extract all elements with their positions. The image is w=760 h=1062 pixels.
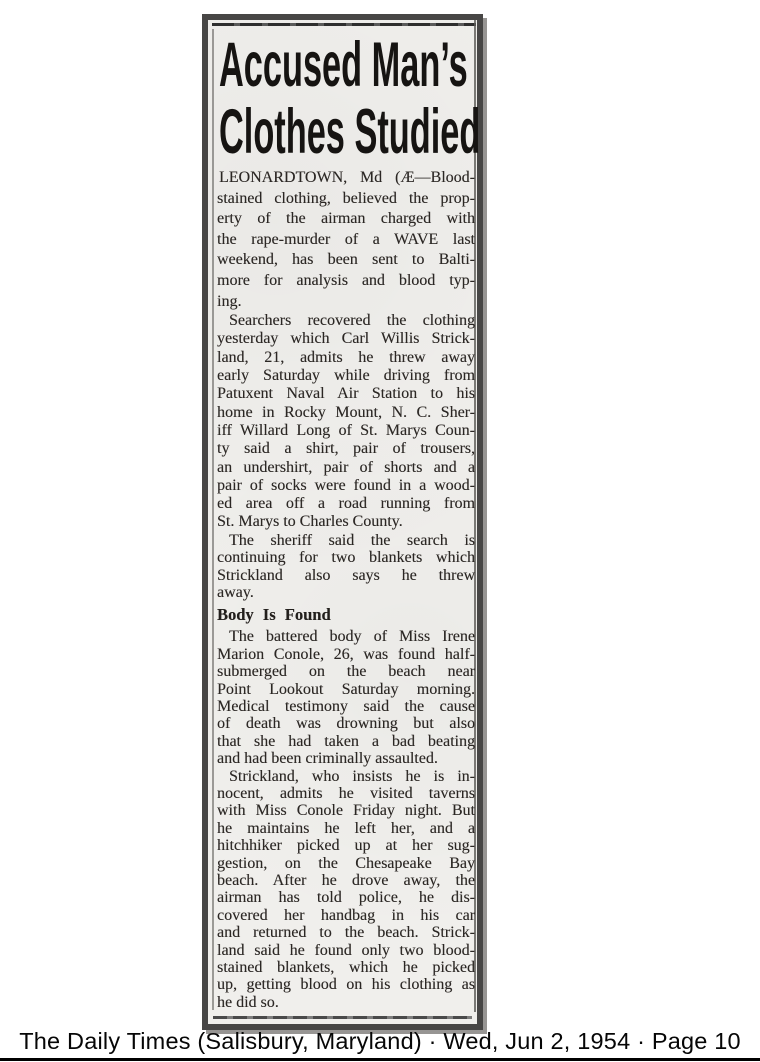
article-line: home in Rocky Mount, N. C. Sher- [217, 404, 475, 422]
article-line: weekend, has been sent to Balti- [217, 250, 475, 271]
article-line: with Miss Conole Friday night. But [217, 802, 475, 819]
article-line: erty of the airman charged with [217, 209, 475, 230]
article-line: land said he found only two blood- [217, 942, 475, 959]
article-line: and had been criminally assaulted. [217, 750, 475, 767]
article-line: up, getting blood on his clothing as [217, 976, 475, 993]
clipping-page: Accused Man’s Clothes Studied LEONARDTOW… [0, 0, 760, 1062]
article-line: more for analysis and blood typ- [217, 271, 475, 292]
citation-link[interactable]: The Daily Times (Salisbury, Maryland) · … [0, 1028, 760, 1055]
article-line: Patuxent Naval Air Station to his [217, 385, 475, 403]
article-line: yesterday which Carl Willis Strick- [217, 330, 475, 348]
article-line: away. [217, 584, 475, 601]
article-line: ing. [217, 292, 475, 313]
article-line: Searchers recovered the clothing [217, 312, 475, 330]
article-line: gestion, on the Chesapeake Bay [217, 855, 475, 872]
article-paragraph: The sheriff said the search iscontinuing… [217, 532, 475, 602]
article-headline: Accused Man’s Clothes Studied [219, 32, 699, 166]
column-top-rule [212, 23, 476, 26]
article-line: hitchhiker picked up at her sug- [217, 837, 475, 854]
article-line: of death was drowning but also [217, 715, 475, 732]
article-body: LEONARDTOWN, Md (Æ—Blood-stained clothin… [217, 168, 475, 1011]
article-line: land, 21, admits he threw away [217, 349, 475, 367]
headline-line-1: Accused Man’s [219, 32, 480, 99]
article-line: St. Marys to Charles County. [217, 513, 475, 531]
article-line: and returned to the beach. Strick- [217, 924, 475, 941]
column-bottom-rule [213, 1016, 472, 1019]
headline-line-2: Clothes Studied [219, 99, 480, 166]
article-subhead: Body Is Found [217, 606, 475, 624]
article-paragraph: The battered body of Miss IreneMarion Co… [217, 628, 475, 767]
column-left-rule [212, 29, 214, 1010]
article-line: continuing for two blankets which [217, 549, 475, 566]
article-line: The battered body of Miss Irene [217, 628, 475, 645]
article-line: pair of socks were found in a wood- [217, 477, 475, 495]
article-line: he did so. [217, 994, 475, 1011]
article-line: stained blankets, which he picked [217, 959, 475, 976]
article-line: early Saturday while driving from [217, 367, 475, 385]
article-line: the rape-murder of a WAVE last [217, 230, 475, 251]
article-line: Strickland also says he threw [217, 567, 475, 584]
article-line: that she had taken a bad beating [217, 733, 475, 750]
article-line: Medical testimony said the cause [217, 698, 475, 715]
article-line: Strickland, who insists he is in- [217, 768, 475, 785]
article-line: an undershirt, pair of shorts and a [217, 459, 475, 477]
article-line: iff Willard Long of St. Marys Coun- [217, 422, 475, 440]
article-line: beach. After he drove away, the [217, 872, 475, 889]
article-line: covered her handbag in his car [217, 907, 475, 924]
article-paragraph: Searchers recovered the clothingyesterda… [217, 312, 475, 532]
article-line: ty said a shirt, pair of trousers, [217, 440, 475, 458]
citation-underline [0, 1058, 760, 1062]
article-line: Point Lookout Saturday morning. [217, 681, 475, 698]
article-line: The sheriff said the search is [217, 532, 475, 549]
article-line: LEONARDTOWN, Md (Æ—Blood- [217, 168, 475, 189]
newspaper-clipping: Accused Man’s Clothes Studied LEONARDTOW… [202, 14, 483, 1030]
article-line: ed area off a road running from [217, 495, 475, 513]
article-paragraph: Strickland, who insists he is in-nocent,… [217, 768, 475, 1012]
article-line: Marion Conole, 26, was found half- [217, 646, 475, 663]
article-line: submerged on the beach near [217, 663, 475, 680]
article-line: nocent, admits he visited taverns [217, 785, 475, 802]
newsprint-scan: Accused Man’s Clothes Studied LEONARDTOW… [208, 20, 477, 1024]
article-line: airman has told police, he dis- [217, 889, 475, 906]
article-paragraph: LEONARDTOWN, Md (Æ—Blood-stained clothin… [217, 168, 475, 312]
article-line: stained clothing, believed the prop- [217, 189, 475, 210]
article-line: he maintains he left her, and a [217, 820, 475, 837]
